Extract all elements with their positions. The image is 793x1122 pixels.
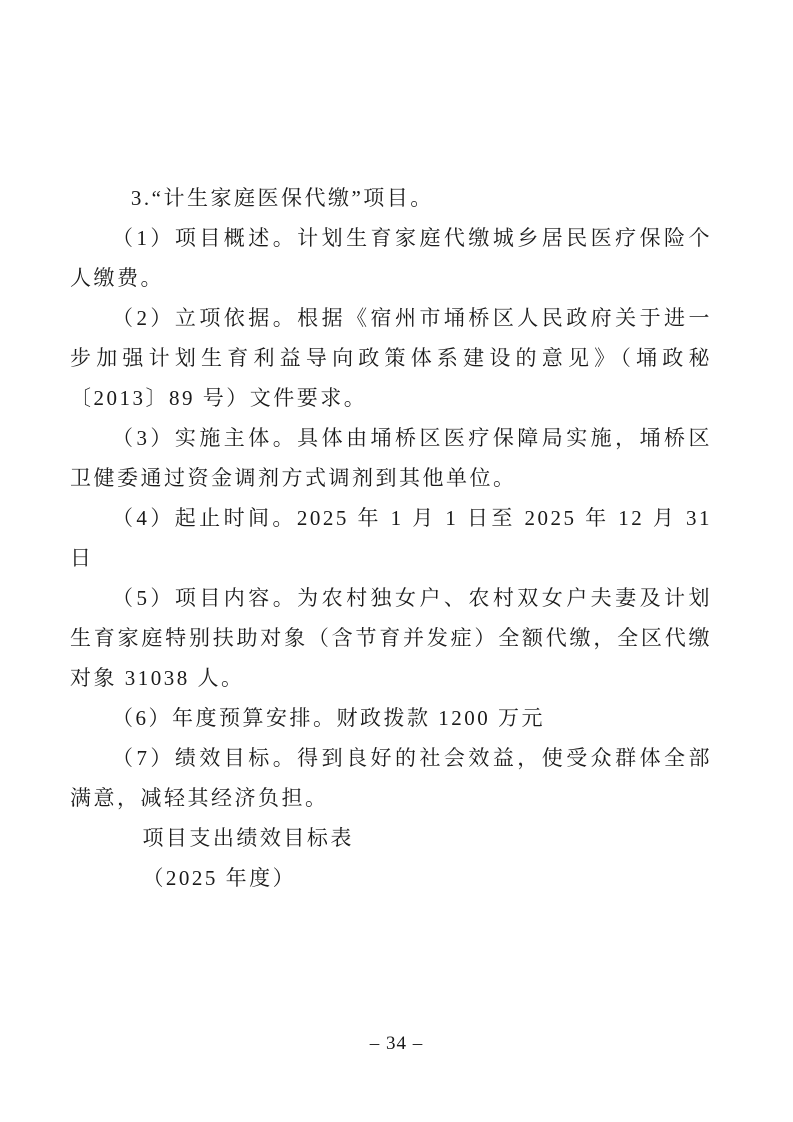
document-body: 3.“计生家庭医保代缴”项目。 （1）项目概述。计划生育家庭代缴城乡居民医疗保险… — [70, 178, 712, 898]
paragraph-time-period: （4）起止时间。2025 年 1 月 1 日至 2025 年 12 月 31 日 — [70, 498, 712, 578]
paragraph-performance-goal: （7）绩效目标。得到良好的社会效益，使受众群体全部满意，减轻其经济负担。 — [70, 738, 712, 818]
paragraph-project-heading: 3.“计生家庭医保代缴”项目。 — [70, 178, 712, 218]
document-page: 3.“计生家庭医保代缴”项目。 （1）项目概述。计划生育家庭代缴城乡居民医疗保险… — [0, 0, 793, 1122]
paragraph-table-year: （2025 年度） — [70, 858, 712, 898]
paragraph-approval-basis: （2）立项依据。根据《宿州市埇桥区人民政府关于进一步加强计划生育利益导向政策体系… — [70, 298, 712, 418]
paragraph-project-overview: （1）项目概述。计划生育家庭代缴城乡居民医疗保险个人缴费。 — [70, 218, 712, 298]
page-footer: – 34 – — [0, 1030, 793, 1058]
paragraph-project-content: （5）项目内容。为农村独女户、农村双女户夫妻及计划生育家庭特别扶助对象（含节育并… — [70, 578, 712, 698]
paragraph-table-title: 项目支出绩效目标表 — [70, 818, 712, 858]
page-number: – 34 – — [370, 1033, 424, 1054]
paragraph-implementing-body: （3）实施主体。具体由埇桥区医疗保障局实施，埇桥区卫健委通过资金调剂方式调剂到其… — [70, 418, 712, 498]
paragraph-annual-budget: （6）年度预算安排。财政拨款 1200 万元 — [70, 698, 712, 738]
